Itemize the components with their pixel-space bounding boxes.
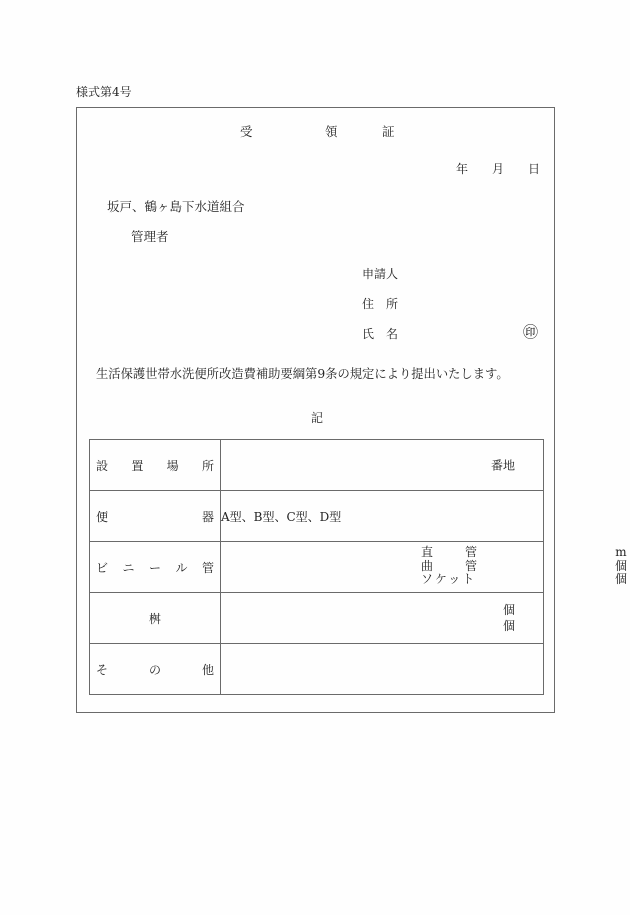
date-year-label: 年 [456, 163, 468, 175]
table-row-vinyl-pipe: ビ ニ ー ル 管 直 管 m 曲 管 [90, 542, 544, 593]
row-label-masu: 桝 [90, 593, 221, 644]
masu-units: 個 個 [503, 602, 515, 634]
lot-number-unit: 番地 [491, 457, 515, 474]
masu-unit: 個 [503, 618, 515, 634]
masu-field[interactable]: 個 個 [221, 593, 544, 644]
pipe-unit: 個 [611, 573, 630, 587]
pipe-item-bend: 曲 管 個 [421, 560, 630, 574]
detail-table: 設 置 場 所 番地 便 器 A型、B型、C型、D型 ビ ニ ー ル 管 [89, 439, 544, 695]
label-char: 場 [167, 457, 179, 474]
pipe-name-char: 管 [465, 546, 477, 560]
form-number: 様式第4号 [76, 86, 132, 98]
pipe-name: ソケット [421, 573, 477, 587]
label-char: 他 [202, 661, 214, 678]
table-row-masu: 桝 個 個 [90, 593, 544, 644]
pipe-unit: m [611, 546, 630, 560]
addressee: 坂戸、鶴ヶ島下水道組合 [107, 201, 245, 214]
applicant-heading: 申請人 [362, 268, 398, 280]
pipe-name-char: 曲 [421, 560, 433, 574]
applicant-name-label: 氏 名 [362, 328, 398, 340]
row-label-toilet: 便 器 [90, 491, 221, 542]
label-char: ビ [96, 559, 108, 576]
pipe-unit: 個 [611, 560, 630, 574]
masu-unit: 個 [503, 602, 515, 618]
row-label-other: そ の 他 [90, 644, 221, 695]
vinyl-pipe-field[interactable]: 直 管 m 曲 管 個 ソケット 個 [221, 542, 544, 593]
label-char: 器 [202, 508, 214, 525]
date-day-label: 日 [528, 163, 540, 175]
row-label-vinyl-pipe: ビ ニ ー ル 管 [90, 542, 221, 593]
notes-heading: 記 [311, 412, 323, 424]
label-char: ニ [122, 559, 134, 576]
label-char: 便 [96, 508, 108, 525]
row-label-installation-location: 設 置 場 所 [90, 440, 221, 491]
title-char-receipt-2: 領 [325, 126, 338, 139]
date-month-label: 月 [492, 163, 504, 175]
label-char: の [149, 661, 161, 678]
vinyl-pipe-items: 直 管 m 曲 管 個 ソケット 個 [421, 546, 630, 587]
pipe-item-straight: 直 管 m [421, 546, 630, 560]
statement-text: 生活保護世帯水洗便所改造費補助要綱第9条の規定により提出いたします。 [96, 368, 509, 380]
applicant-address-label: 住 所 [362, 298, 398, 310]
seal-icon: ㊞ [523, 325, 538, 340]
label-char: 管 [202, 559, 214, 576]
other-field[interactable] [221, 644, 544, 695]
addressee-role: 管理者 [131, 231, 169, 244]
label-char: ー [149, 559, 161, 576]
table-row-toilet: 便 器 A型、B型、C型、D型 [90, 491, 544, 542]
label-char: 置 [131, 457, 143, 474]
table-row-other: そ の 他 [90, 644, 544, 695]
pipe-name-char: 管 [465, 560, 477, 574]
title-char-receipt-1: 受 [240, 126, 253, 139]
label-char: 所 [202, 457, 214, 474]
pipe-item-socket: ソケット 個 [421, 573, 630, 587]
pipe-name-char: 直 [421, 546, 433, 560]
label-char: ル [175, 559, 187, 576]
label-char: 設 [96, 457, 108, 474]
toilet-type-field[interactable]: A型、B型、C型、D型 [221, 491, 544, 542]
installation-location-field[interactable]: 番地 [221, 440, 544, 491]
table-row-installation-location: 設 置 場 所 番地 [90, 440, 544, 491]
title-char-receipt-3: 証 [382, 126, 395, 139]
label-char: そ [96, 661, 108, 678]
